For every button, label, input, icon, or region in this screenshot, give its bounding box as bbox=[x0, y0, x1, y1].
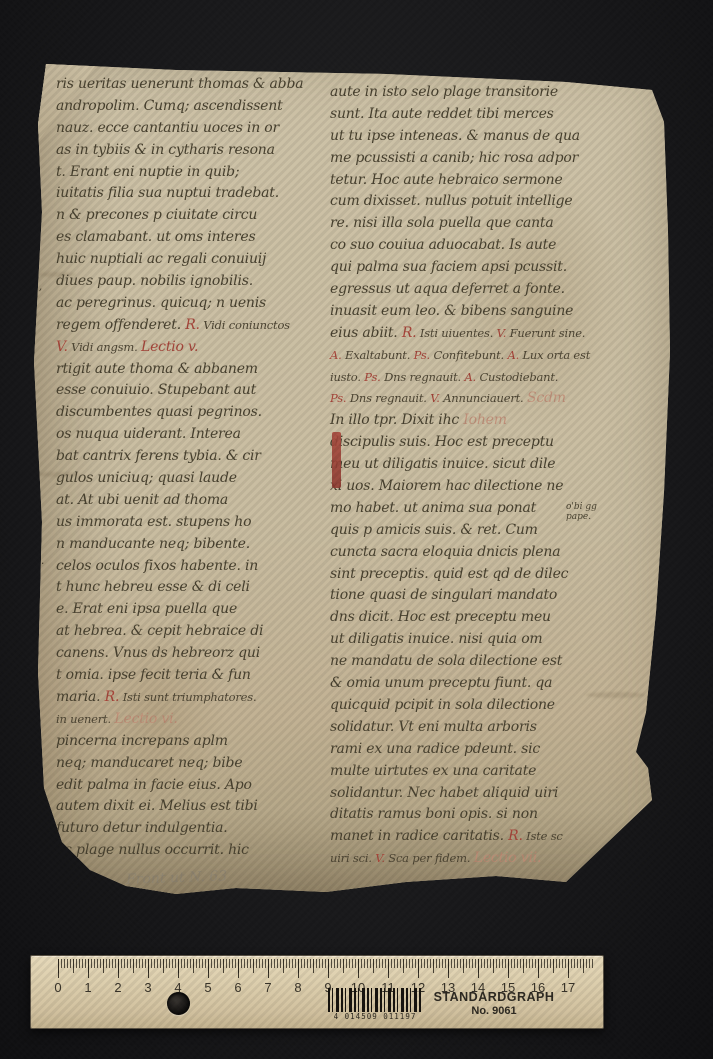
folded-corner bbox=[26, 52, 104, 148]
manuscript-line: n manducante neq; bibente. bbox=[56, 534, 336, 556]
parchment-stain bbox=[86, 612, 226, 812]
manuscript-line: meu ut diligatis inuice. sicut dile bbox=[330, 454, 660, 476]
ruler-number-14: 14 bbox=[471, 980, 485, 995]
ruler-number-8: 8 bbox=[294, 980, 301, 995]
ruler-number-15: 15 bbox=[501, 980, 515, 995]
manuscript-line: iusto. Ps. Dns regnauit. A. Custodiebant… bbox=[330, 367, 660, 389]
manuscript-line: sint preceptis. quid est qd de dilec bbox=[330, 564, 660, 586]
text-column-right: aute in isto selo plage transitoriesunt.… bbox=[330, 82, 660, 870]
marginal-gloss-line: o'bi gg bbox=[566, 502, 597, 512]
manuscript-line: pincerna increpans aplm bbox=[56, 731, 336, 753]
manuscript-line: qui palma sua faciem apsi pcussit. bbox=[330, 257, 660, 279]
parchment-wrinkle bbox=[36, 272, 76, 277]
barcode-digits: 4 014509 011197 bbox=[324, 1012, 426, 1021]
ruler-cm-ticks bbox=[58, 959, 593, 978]
manuscript-line: rami ex una radice pdeunt. sic bbox=[330, 739, 660, 761]
ruler-number-17: 17 bbox=[561, 980, 575, 995]
manuscript-line: t hunc hebreu esse & di celi bbox=[56, 577, 336, 599]
manuscript-line: futuro detur indulgentia. bbox=[56, 818, 336, 840]
manuscript-line: egressus ut aqua deferret a fonte. bbox=[330, 279, 660, 301]
manuscript-line: edit palma in facie eius. Apo bbox=[56, 775, 336, 797]
manuscript-line: re. nisi illa sola puella que canta bbox=[330, 213, 660, 235]
ruler-number-10: 10 bbox=[351, 980, 365, 995]
manuscript-line: t omia. ipse fecit teria & fun bbox=[56, 665, 336, 687]
ruler-brand: STANDARDGRAPH bbox=[429, 990, 559, 1004]
manuscript-line: ac peregrinus. quicuq; n uenis bbox=[56, 293, 336, 315]
manuscript-line: aute in isto selo plage transitorie bbox=[330, 82, 660, 104]
manuscript-line: us plage nullus occurrit. hic bbox=[56, 840, 336, 862]
manuscript-line: ris ueritas uenerunt thomas & abba bbox=[56, 74, 336, 96]
ruler: 01234567891011121314151617 4 014509 0111… bbox=[30, 955, 604, 1029]
ruler-label: STANDARDGRAPH No. 9061 bbox=[429, 990, 559, 1017]
manuscript-line: manet in radice caritatis. R. Iste sc bbox=[330, 826, 660, 848]
manuscript-line: ut diligatis inuice. nisi quia om bbox=[330, 629, 660, 651]
ruler-mm-ticks bbox=[58, 959, 593, 968]
photo-background: ris ueritas uenerunt thomas & abbaandrop… bbox=[0, 0, 713, 1059]
manuscript-line: quis p amicis suis. & ret. Cum bbox=[330, 520, 660, 542]
manuscript-line: ne mandatu de sola dilectione est bbox=[330, 651, 660, 673]
manuscript-line: eius abiit. R. Isti uiuentes. V. Fuerunt… bbox=[330, 323, 660, 345]
marginal-gloss-line: pape. bbox=[566, 512, 597, 522]
manuscript-line: A. Exaltabunt. Ps. Confitebunt. A. Lux o… bbox=[330, 345, 660, 367]
manuscript-line: diues paup. nobilis ignobilis. bbox=[56, 271, 336, 293]
manuscript-line: mo habet. ut anima sua ponat bbox=[330, 498, 660, 520]
manuscript-line: maria. R. Isti sunt triumphatores. bbox=[56, 687, 336, 709]
manuscript-line: os nuqua uiderant. Interea bbox=[56, 424, 336, 446]
ruler-number-12: 12 bbox=[411, 980, 425, 995]
manuscript-line: e. Erat eni ipsa puella que bbox=[56, 599, 336, 621]
ruler-number-13: 13 bbox=[441, 980, 455, 995]
manuscript-line: tetur. Hoc aute hebraico sermone bbox=[330, 170, 660, 192]
manuscript-line: t. Erant eni nuptie in quib; bbox=[56, 162, 336, 184]
edge-fragment: ar'. bbox=[26, 554, 44, 567]
manuscript-line: ditatis ramus boni opis. si non bbox=[330, 804, 660, 826]
manuscript-line: ut tu ipse inteneas. & manus de qua bbox=[330, 126, 660, 148]
manuscript-line: in uenert. Lectio vi. bbox=[56, 709, 336, 731]
barcode: 4 014509 011197 bbox=[324, 988, 426, 1022]
manuscript-line: & omia unum preceptu fiunt. qa bbox=[330, 673, 660, 695]
manuscript-line: andropolim. Cumq; ascendissent bbox=[56, 96, 336, 118]
manuscript-line: solidatur. Vt eni multa arboris bbox=[330, 717, 660, 739]
manuscript-line: regem offenderet. R. Vidi coniunctos bbox=[56, 315, 336, 337]
ruler-number-1: 1 bbox=[84, 980, 91, 995]
manuscript-line: at. At ubi uenit ad thoma bbox=[56, 490, 336, 512]
text-column-left: ris ueritas uenerunt thomas & abbaandrop… bbox=[56, 74, 336, 862]
manuscript-line: autem dixit ei. Melius est tibi bbox=[56, 796, 336, 818]
ruler-number-3: 3 bbox=[144, 980, 151, 995]
manuscript-line: neq; manducaret neq; bibe bbox=[56, 753, 336, 775]
parchment-wrinkle bbox=[586, 692, 646, 698]
ruler-number-6: 6 bbox=[234, 980, 241, 995]
manuscript-line: co suo couiua aduocabat. Is aute bbox=[330, 235, 660, 257]
parchment-stain bbox=[446, 172, 626, 432]
ruler-number-7: 7 bbox=[264, 980, 271, 995]
barcode-stripes bbox=[328, 988, 422, 1012]
manuscript-line: gulos uniciuq; quasi laude bbox=[56, 468, 336, 490]
manuscript-line: V. Vidi angsm. Lectio v. bbox=[56, 337, 336, 359]
manuscript-line: tione quasi de singulari mandato bbox=[330, 585, 660, 607]
manuscript-line: es clamabant. ut oms interes bbox=[56, 227, 336, 249]
parchment-wrinkle bbox=[34, 472, 80, 477]
manuscript-line: cum dixisset. nullus potuit intellige bbox=[330, 191, 660, 213]
ruler-model-number: No. 9061 bbox=[429, 1005, 559, 1017]
manuscript-line: solidantur. Nec habet aliquid uiri bbox=[330, 783, 660, 805]
manuscript-leaf: ris ueritas uenerunt thomas & abbaandrop… bbox=[26, 52, 674, 900]
manuscript-line: Ps. Dns regnauit. V. Annunciauert. Scdm bbox=[330, 388, 660, 410]
manuscript-line: multe uirtutes ex una caritate bbox=[330, 761, 660, 783]
marginal-gloss: o'bi gg pape. bbox=[566, 502, 597, 522]
ruler-numbers: 01234567891011121314151617 bbox=[55, 980, 593, 996]
ruler-number-5: 5 bbox=[204, 980, 211, 995]
manuscript-line: at hebrea. & cepit hebraice di bbox=[56, 621, 336, 643]
pencil-inscription: Front ut N. 63 bbox=[126, 864, 346, 888]
ruler-halfcm-ticks bbox=[58, 959, 593, 973]
manuscript-line: discipulis suis. Hoc est preceptu bbox=[330, 432, 660, 454]
manuscript-line: n & precones p ciuitate circu bbox=[56, 205, 336, 227]
manuscript-line: dns dicit. Hoc est preceptu meu bbox=[330, 607, 660, 629]
manuscript-line: as in tybiis & in cytharis resona bbox=[56, 140, 336, 162]
manuscript-line: huic nuptiali ac regali conuiuij bbox=[56, 249, 336, 271]
parchment-shading-bottom bbox=[26, 810, 674, 900]
manuscript-line: sunt. Ita aute reddet tibi merces bbox=[330, 104, 660, 126]
manuscript-line: xi uos. Maiorem hac dilectione ne bbox=[330, 476, 660, 498]
edge-fragment: ca, bbox=[26, 280, 42, 293]
manuscript-line: iuitatis filia sua nuptui tradebat. bbox=[56, 183, 336, 205]
ruler-ticks bbox=[55, 959, 593, 979]
manuscript-line: rtigit aute thoma & abbanem bbox=[56, 359, 336, 381]
ruler-number-4: 4 bbox=[174, 980, 181, 995]
ruler-number-2: 2 bbox=[114, 980, 121, 995]
ruler-number-0: 0 bbox=[54, 980, 61, 995]
manuscript-line: us immorata est. stupens ho bbox=[56, 512, 336, 534]
manuscript-line: bat cantrix ferens tybia. & cir bbox=[56, 446, 336, 468]
red-initial-I bbox=[332, 432, 341, 488]
ruler-number-16: 16 bbox=[531, 980, 545, 995]
manuscript-line: esse conuiuio. Stupebant aut bbox=[56, 380, 336, 402]
manuscript-line: celos oculos fixos habente. in bbox=[56, 556, 336, 578]
manuscript-line: me pcussisti a canib; hic rosa adpor bbox=[330, 148, 660, 170]
manuscript-line: cuncta sacra eloquia dnicis plena bbox=[330, 542, 660, 564]
manuscript-line: uiri sci. V. Sca per fidem. Lectio vii. bbox=[330, 848, 660, 870]
manuscript-line: nauz. ecce cantantiu uoces in or bbox=[56, 118, 336, 140]
ruler-hole bbox=[167, 992, 190, 1015]
manuscript-line: inuasit eum leo. & bibens sanguine bbox=[330, 301, 660, 323]
parchment-shading-left bbox=[26, 52, 116, 900]
manuscript-line: discumbentes quasi pegrinos. bbox=[56, 402, 336, 424]
manuscript-line: In illo tpr. Dixit ihc Iohem bbox=[330, 410, 660, 432]
ruler-number-9: 9 bbox=[324, 980, 331, 995]
manuscript-line: canens. Vnus ds hebreorz qui bbox=[56, 643, 336, 665]
manuscript-line: quicquid pcipit in sola dilectione bbox=[330, 695, 660, 717]
ruler-number-11: 11 bbox=[381, 980, 395, 995]
